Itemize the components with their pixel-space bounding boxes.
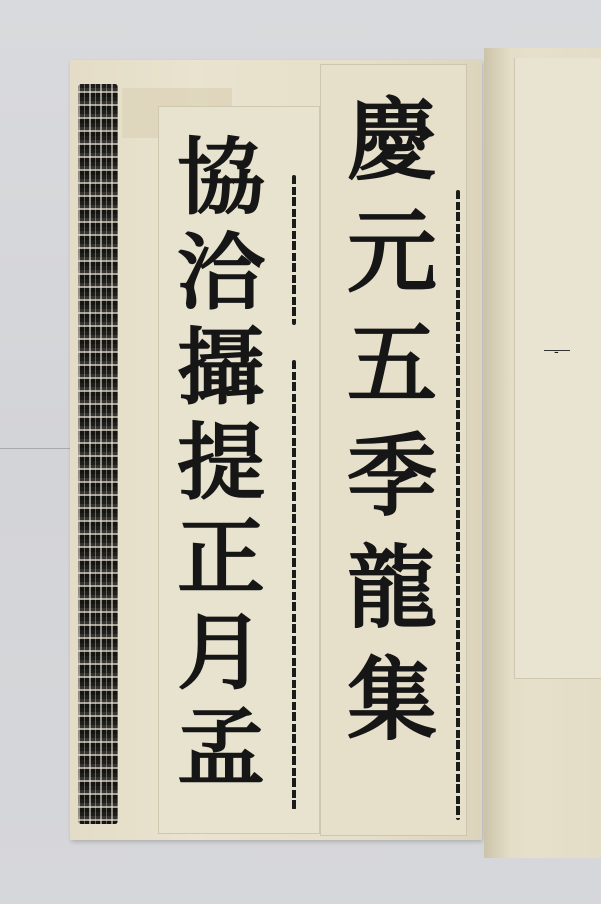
title-char: 元 (347, 208, 437, 320)
right-volume: - (484, 48, 601, 858)
ink-mark: - (554, 344, 594, 352)
title-char: 孟 (177, 706, 265, 796)
column-rule (292, 360, 296, 810)
right-volume-edge (484, 48, 510, 858)
title-char: 洽 (177, 231, 265, 321)
column-rule (292, 175, 296, 325)
title-char: 正 (177, 516, 265, 606)
title-left-column: 協 洽 攝 提 正 月 孟 (162, 134, 280, 799)
title-char: 季 (347, 432, 437, 544)
title-char: 協 (177, 136, 265, 226)
title-char: 五 (347, 320, 437, 432)
background-table-line (0, 448, 80, 449)
book-cover: 協 洽 攝 提 正 月 孟 慶 元 五 季 龍 集 (70, 60, 482, 840)
title-char: 集 (347, 656, 437, 768)
spine-rubbing-strip (78, 84, 118, 824)
title-char: 提 (177, 421, 265, 511)
title-char: 攝 (177, 326, 265, 416)
title-right-column: 慶 元 五 季 龍 集 (332, 96, 452, 768)
column-rule (456, 190, 460, 820)
title-char: 月 (177, 611, 265, 701)
title-char: 龍 (347, 544, 437, 656)
right-volume-label (514, 58, 601, 679)
title-char: 慶 (347, 96, 437, 208)
